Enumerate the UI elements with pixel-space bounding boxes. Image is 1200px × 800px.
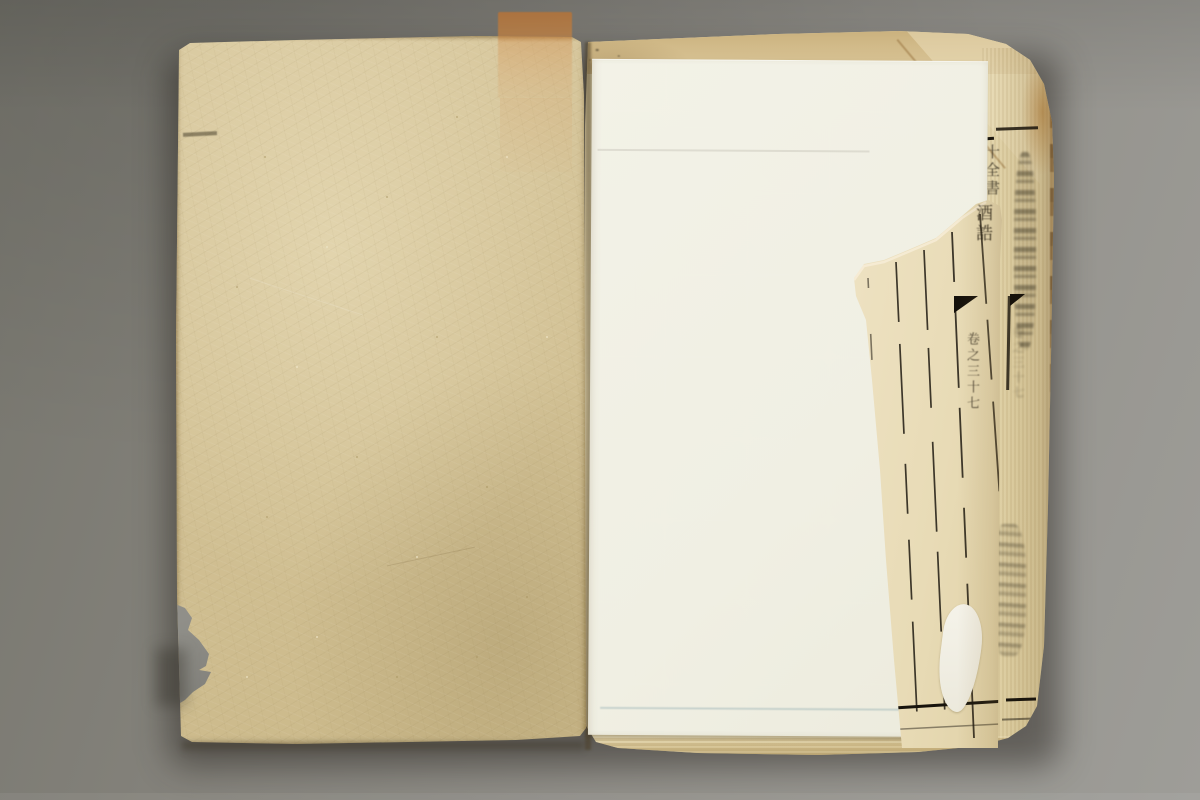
backdrop-edge <box>0 793 1200 800</box>
cover-tear-shadow <box>156 648 186 706</box>
edge-text-label: 酒誥 <box>970 204 995 244</box>
sheet-faint-line <box>600 707 930 711</box>
cover-bottom-shadow <box>182 742 584 754</box>
paper-fibers <box>176 36 178 38</box>
repair-tape-residue <box>500 98 572 172</box>
repair-tape <box>498 12 572 98</box>
photo-of-open-book: 十全書 卷之三十七 酒誥 卷之三十七 <box>0 0 1200 800</box>
edge-text-volume-ghost: 卷之三十七 <box>1010 326 1027 401</box>
ink-smudge <box>1014 152 1036 350</box>
edge-text-volume: 卷之三十七 <box>962 332 981 412</box>
sheet-crease <box>598 149 870 153</box>
